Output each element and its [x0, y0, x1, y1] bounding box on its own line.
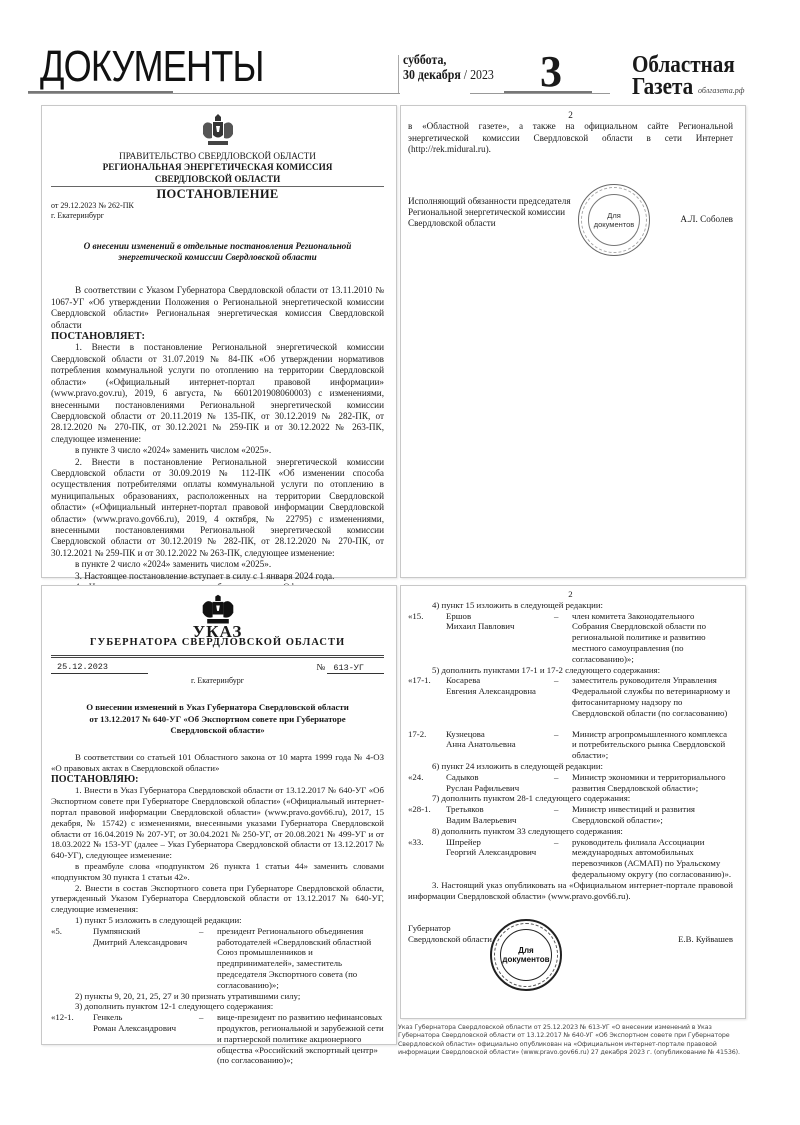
- clause-1-change: в пункте 3 число «2024» заменить числом …: [51, 445, 384, 456]
- newspaper-url: облгазета.рф: [698, 86, 744, 95]
- publication-footnote: Указ Губернатора Свердловской области от…: [398, 1024, 748, 1058]
- member-entry: «24. СадыковРуслан Рафильевич – Министр …: [408, 772, 733, 794]
- clause-1: 1. Внести в постановление Региональной э…: [51, 342, 384, 445]
- masthead-rule: [28, 93, 400, 94]
- page-2-number: 2: [408, 110, 733, 121]
- clause-1: 1. Внести в Указ Губернатора Свердловско…: [51, 785, 384, 861]
- signer-name: Е.В. Куйвашев: [678, 924, 733, 945]
- preamble: В соответствии с Указом Губернатора Свер…: [51, 285, 384, 331]
- signer-name: А.Л. Соболев: [680, 200, 733, 225]
- signature-block: Исполняющий обязанности председателя Рег…: [408, 196, 733, 230]
- signer-title: Исполняющий обязанности председателя Рег…: [408, 196, 571, 230]
- masthead-rule-right: [470, 93, 610, 94]
- subclause-1: 1) пункт 5 изложить в следующей редакции…: [51, 915, 384, 926]
- resolves-heading: ПОСТАНОВЛЯЮ:: [51, 774, 384, 785]
- document-type: УКАЗ: [51, 626, 384, 637]
- member-entry: 17-2. КузнецоваАнна Анатольевна – Минист…: [408, 729, 733, 761]
- clause-3: 3. Настоящий указ опубликовать на «Офици…: [408, 880, 733, 902]
- official-stamp-icon: Длядокументов: [578, 184, 650, 256]
- subclause-3: 3) дополнить пунктом 12-1 следующего сод…: [51, 1001, 384, 1012]
- newspaper-logo-line2: Газета: [632, 75, 693, 99]
- signer-title: Губернатор Свердловской области: [408, 923, 492, 945]
- decree-date: 25.12.2023: [51, 662, 148, 674]
- issuer-region: СВЕРДЛОВСКОЙ ОБЛАСТИ: [51, 174, 384, 185]
- coat-of-arms-icon: [198, 114, 238, 148]
- document-type: ПОСТАНОВЛЕНИЕ: [51, 189, 384, 200]
- official-stamp-icon: Длядокументов: [490, 919, 562, 991]
- issuer-government: ПРАВИТЕЛЬСТВО СВЕРДЛОВСКОЙ ОБЛАСТИ: [51, 151, 384, 162]
- member-entry: «28-1. ТретьяковВадим Валерьевич – Минис…: [408, 804, 733, 826]
- issuer: ГУБЕРНАТОРА СВЕРДЛОВСКОЙ ОБЛАСТИ: [51, 637, 384, 648]
- preamble: В соответствии со статьей 101 Областного…: [51, 752, 384, 774]
- page-number: 3: [540, 50, 562, 94]
- subclause-7: 7) дополнить пунктом 28-1 следующего сод…: [408, 793, 733, 804]
- subclause-4: 4) пункт 15 изложить в следующей редакци…: [408, 600, 733, 611]
- subclause-6: 6) пункт 24 изложить в следующей редакци…: [408, 761, 733, 772]
- number-label: №: [316, 662, 325, 672]
- document-governor-decree-page1: УКАЗ ГУБЕРНАТОРА СВЕРДЛОВСКОЙ ОБЛАСТИ 25…: [41, 585, 397, 1045]
- issuer-commission: РЕГИОНАЛЬНАЯ ЭНЕРГЕТИЧЕСКАЯ КОМИССИЯ: [51, 162, 384, 173]
- member-entry: «12-1. ГенкельРоман Александрович – вице…: [51, 1012, 384, 1066]
- clause-2: 2. Внести в постановление Региональной э…: [51, 457, 384, 560]
- header-rule: [51, 655, 384, 658]
- member-entry: «17-1. КосареваЕвгения Александровна – з…: [408, 675, 733, 718]
- document-governor-decree-page2: 2 4) пункт 15 изложить в следующей редак…: [400, 585, 746, 1019]
- decree-date-number: 25.12.2023 № 613-УГ: [51, 662, 384, 674]
- resolves-heading: ПОСТАНОВЛЯЕТ:: [51, 331, 384, 342]
- subclause-5: 5) дополнить пунктами 17-1 и 17-2 следую…: [408, 665, 733, 676]
- document-title: О внесении изменений в отдельные постано…: [71, 241, 364, 264]
- issue-day: суббота,: [403, 53, 446, 69]
- masthead-divider: [398, 55, 399, 93]
- document-rec-resolution-page2: 2 в «Областной газете», а также на офици…: [400, 105, 746, 578]
- document-rec-resolution-page1: ПРАВИТЕЛЬСТВО СВЕРДЛОВСКОЙ ОБЛАСТИ РЕГИО…: [41, 105, 397, 578]
- member-entry: «33. ШпрейерГеоргий Александрович – руко…: [408, 837, 733, 880]
- decree-city: г. Екатеринбург: [51, 676, 384, 686]
- section-title: ДОКУМЕНТЫ: [40, 42, 264, 92]
- page-2-number: 2: [408, 589, 733, 600]
- clause-2-change: в пункте 2 число «2024» заменить числом …: [51, 559, 384, 570]
- subclause-8: 8) дополнить пунктом 33 следующего содер…: [408, 826, 733, 837]
- member-entry: «5. ПумпянскийДмитрий Александрович – пр…: [51, 926, 384, 991]
- decree-title: О внесении изменений в Указ Губернатора …: [81, 702, 354, 736]
- decree-number: 613-УГ: [327, 663, 384, 674]
- masthead: ДОКУМЕНТЫ суббота, 30 декабря / 2023 3 О…: [0, 0, 800, 100]
- document-number: от 29.12.2023 № 262-ПК: [51, 201, 384, 211]
- subclause-2: 2) пункты 9, 20, 21, 25, 27 и 30 признат…: [51, 991, 384, 1002]
- signature-block: Губернатор Свердловской области Е.В. Куй…: [408, 923, 733, 945]
- document-city: г. Екатеринбург: [51, 211, 384, 221]
- clause-2: 2. Внести в состав Экспортного совета пр…: [51, 883, 384, 915]
- issue-date: 30 декабря / 2023: [403, 68, 494, 84]
- clause-3: 3. Настоящее постановление вступает в си…: [51, 571, 384, 582]
- publication-text: в «Областной газете», а также на официал…: [408, 121, 733, 155]
- clause-1-change: в преамбуле слова «подпунктом 26 пункта …: [51, 861, 384, 883]
- member-entry: «15. ЕршовМихаил Павлович – член комитет…: [408, 611, 733, 665]
